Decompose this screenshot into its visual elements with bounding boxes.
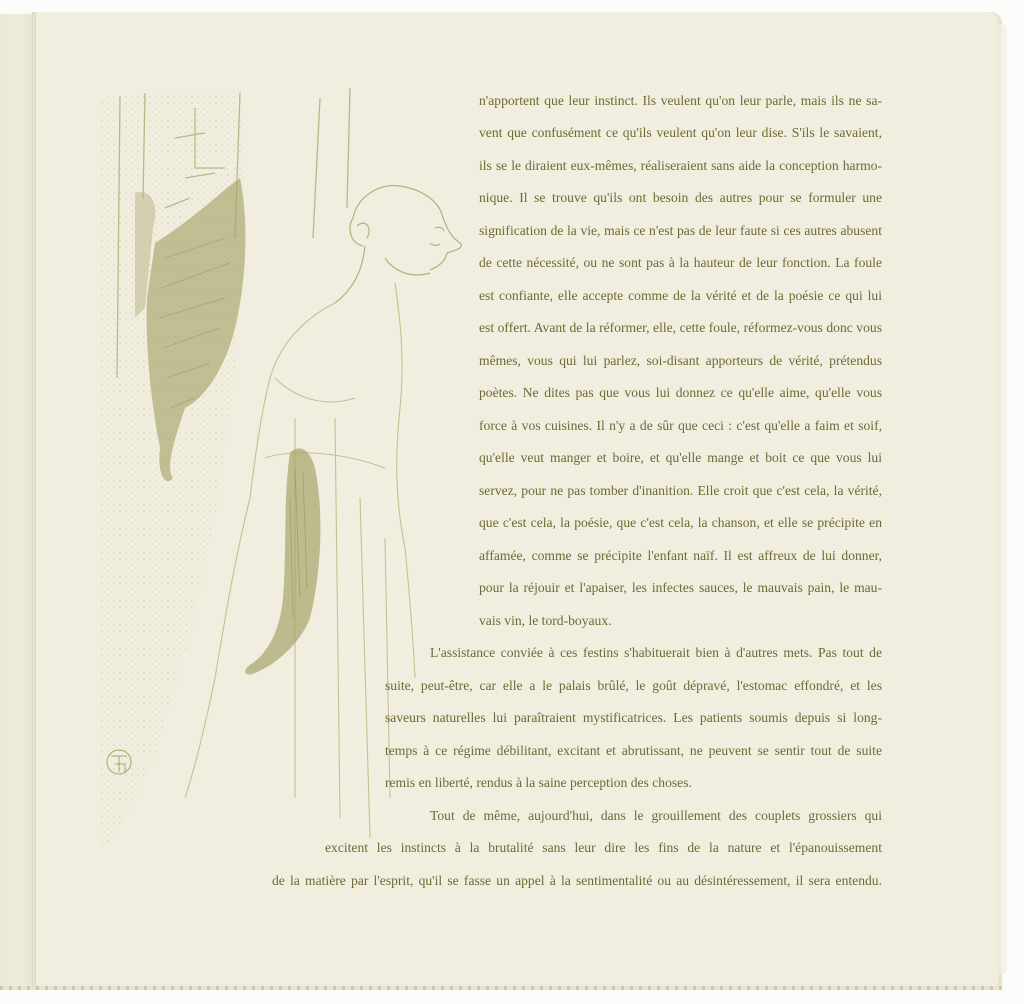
text-line: remis en liberté, rendus à la saine perc… <box>385 774 882 792</box>
text-line: saveurs naturelles lui paraîtraient myst… <box>385 709 882 727</box>
text-line: est offert. Avant de la réformer, elle, … <box>479 319 882 337</box>
text-line: signification de la vie, mais ce n'est p… <box>479 222 882 240</box>
text-line: qu'elle veut manger et boire, et qu'elle… <box>479 449 882 467</box>
text-line: excitent les instincts à la brutalité sa… <box>325 839 882 857</box>
text-line: temps à ce régime débilitant, excitant e… <box>385 742 882 760</box>
text-line: L'assistance conviée à ces festins s'hab… <box>430 644 882 662</box>
text-line: de cette nécessité, ou ne sont pas à la … <box>479 254 882 272</box>
text-line: que c'est cela, la poésie, que c'est cel… <box>479 514 882 532</box>
text-line: force à vos cuisines. Il n'y a de sûr qu… <box>479 417 882 435</box>
text-line: affamée, comme se précipite l'enfant naï… <box>479 547 882 565</box>
text-line: de la matière par l'esprit, qu'il se fas… <box>272 872 882 890</box>
text-line: servez, pour ne pas tomber d'inanition. … <box>479 482 882 500</box>
text-line: ils se le diraient eux-mêmes, réaliserai… <box>479 157 882 175</box>
text-line: suite, peut-être, car elle a le palais b… <box>385 677 882 695</box>
text-line: nique. Il se trouve qu'ils ont besoin de… <box>479 189 882 207</box>
text-line: vent que confusément ce qu'ils veulent q… <box>479 124 882 142</box>
text-line: mêmes, vous qui lui parlez, soi-disant a… <box>479 352 882 370</box>
body-text: n'apportent que leur instinct. Ils veule… <box>0 0 1024 1004</box>
text-line: est confiante, elle accepte comme de la … <box>479 287 882 305</box>
text-line: vais vin, le tord-boyaux. <box>479 612 882 630</box>
text-line: Tout de même, aujourd'hui, dans le groui… <box>430 807 882 825</box>
text-line: poètes. Ne dites pas que vous lui donnez… <box>479 384 882 402</box>
text-line: pour la réjouir et l'apaiser, les infect… <box>479 579 882 597</box>
text-line: n'apportent que leur instinct. Ils veule… <box>479 92 882 110</box>
